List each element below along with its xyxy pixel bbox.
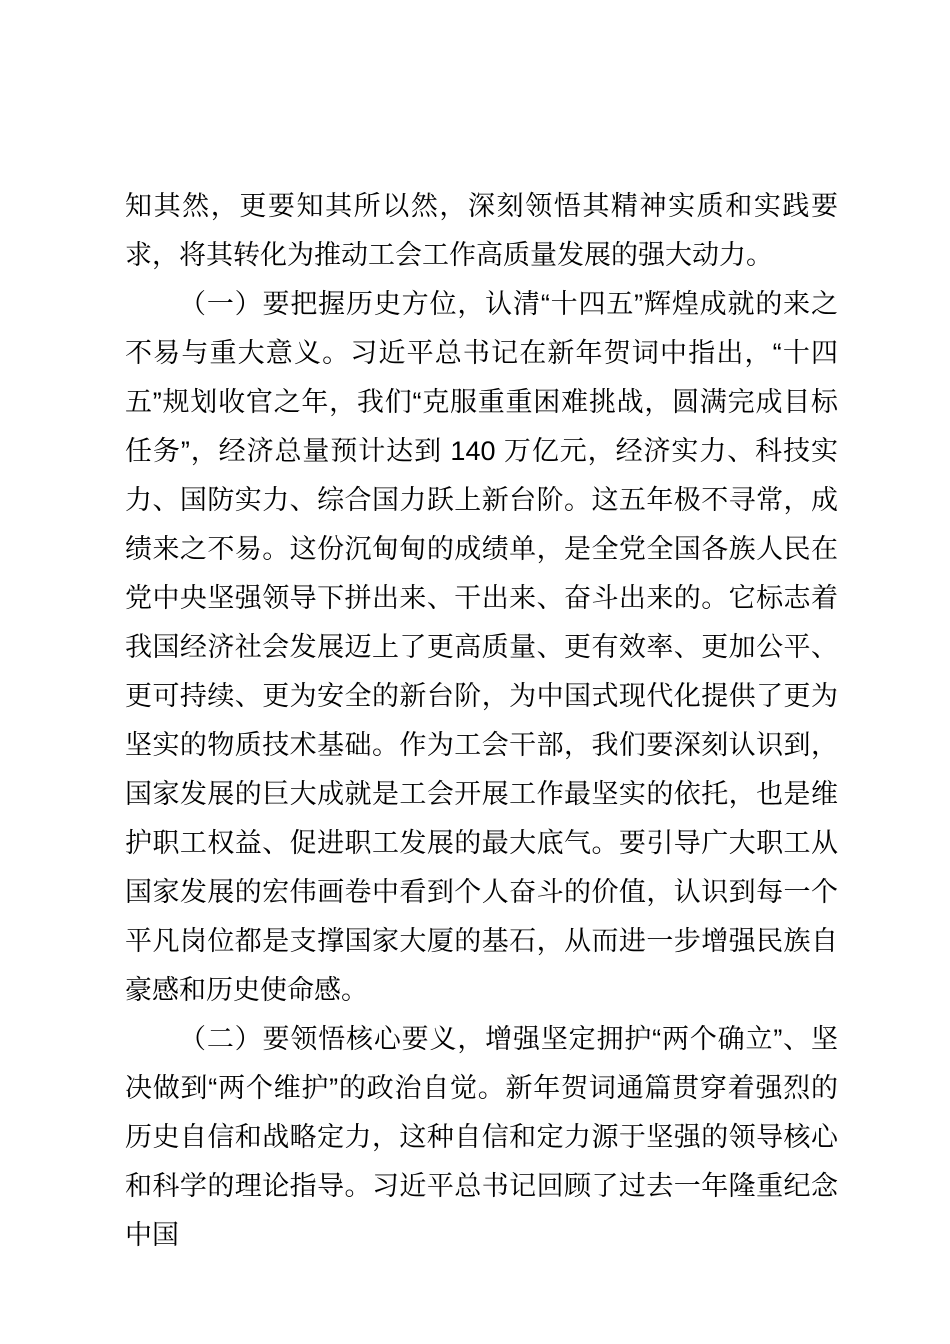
- paragraph-section-two: （二）要领悟核心要义，增强坚定拥护“两个确立”、坚决做到“两个维护”的政治自觉。…: [125, 1015, 838, 1260]
- document-body: 知其然，更要知其所以然，深刻领悟其精神实质和实践要求，将其转化为推动工会工作高质…: [125, 182, 838, 1260]
- document-page: 知其然，更要知其所以然，深刻领悟其精神实质和实践要求，将其转化为推动工会工作高质…: [0, 0, 950, 1344]
- paragraph-continuation: 知其然，更要知其所以然，深刻领悟其精神实质和实践要求，将其转化为推动工会工作高质…: [125, 182, 838, 280]
- paragraph-section-one: （一）要把握历史方位，认清“十四五”辉煌成就的来之不易与重大意义。习近平总书记在…: [125, 280, 838, 1015]
